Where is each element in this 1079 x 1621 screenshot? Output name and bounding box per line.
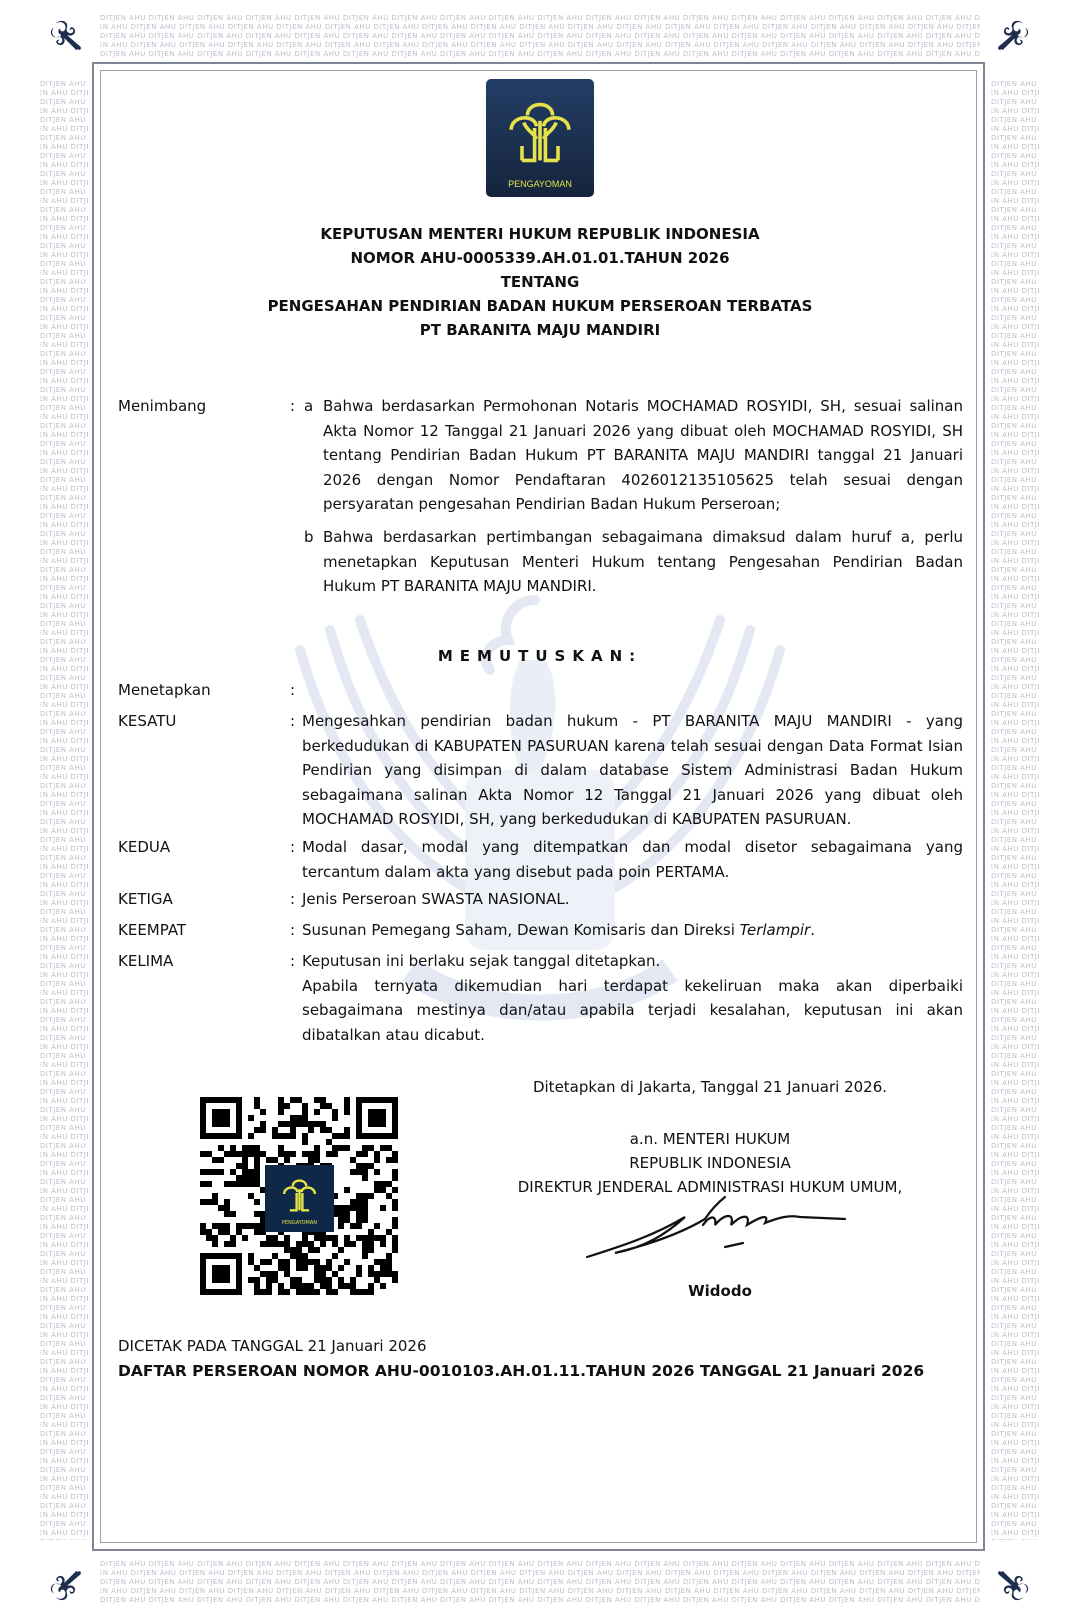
qr-center-logo: PENGAYOMAN (265, 1165, 334, 1232)
signature-title: a.n. MENTERI HUKUM REPUBLIK INDONESIA DI… (500, 1127, 920, 1199)
ornament-corner-icon (48, 1565, 86, 1603)
guilloche-border-bottom: DITJEN AHU DITJEN AHU DITJEN AHU DITJEN … (100, 1560, 980, 1604)
signature-place-date: Ditetapkan di Jakarta, Tanggal 21 Januar… (500, 1078, 920, 1096)
decision-kedua: KEDUA : Modal dasar, modal yang ditempat… (118, 835, 963, 885)
pengayoman-tree-icon (486, 83, 594, 173)
decision-text: Modal dasar, modal yang ditempatkan dan … (302, 835, 963, 884)
guilloche-border-right: DITJEN AHU DITJEN AHU DITJEN AHU DITJEN … (991, 80, 1039, 1540)
title-line: TENTANG (110, 270, 970, 294)
guilloche-border-top: DITJEN AHU DITJEN AHU DITJEN AHU DITJEN … (100, 14, 980, 58)
decision-kesatu: KESATU : Mengesahkan pendirian badan huk… (118, 709, 963, 834)
pengayoman-tree-icon (271, 1169, 328, 1217)
colon: : (290, 678, 295, 703)
decree-number: NOMOR AHU-0005339.AH.01.01.TAHUN 2026 (110, 246, 970, 270)
company-name: PT BARANITA MAJU MANDIRI (110, 318, 970, 342)
company-register-number: DAFTAR PERSEROAN NOMOR AHU-0010103.AH.01… (118, 1362, 924, 1380)
memutuskan-heading: MEMUTUSKAN: (110, 647, 970, 665)
pengayoman-logo: PENGAYOMAN (486, 79, 594, 197)
section-label: Menimbang (118, 394, 206, 419)
ornament-corner-icon (993, 1565, 1031, 1603)
title-line: PENGESAHAN PENDIRIAN BADAN HUKUM PERSERO… (110, 294, 970, 318)
item-letter: b (304, 525, 314, 550)
decision-text: Susunan Pemegang Saham, Dewan Komisaris … (302, 918, 963, 943)
title-line: KEPUTUSAN MENTERI HUKUM REPUBLIK INDONES… (110, 222, 970, 246)
decision-label: KESATU (118, 709, 176, 734)
ornament-corner-icon (993, 18, 1031, 56)
colon: : (290, 887, 295, 912)
colon: : (290, 949, 295, 974)
item-text: Bahwa berdasarkan pertimbangan sebagaima… (323, 525, 963, 599)
colon: : (290, 835, 295, 860)
signature-icon (585, 1195, 850, 1265)
decision-text: Keputusan ini berlaku sejak tanggal dite… (302, 949, 963, 1047)
ornament-corner-icon (48, 18, 86, 56)
signatory-name: Widodo (620, 1282, 820, 1300)
decision-label: KETIGA (118, 887, 173, 912)
colon: : (290, 709, 295, 734)
decision-text: Mengesahkan pendirian badan hukum - PT B… (302, 709, 963, 832)
item-letter: a (304, 394, 313, 419)
logo-label: PENGAYOMAN (486, 179, 594, 189)
decision-kelima: KELIMA : Keputusan ini berlaku sejak tan… (118, 949, 963, 1049)
colon: : (290, 918, 295, 943)
decision-label: KEDUA (118, 835, 170, 860)
guilloche-border-left: DITJEN AHU DITJEN AHU DITJEN AHU DITJEN … (40, 80, 88, 1540)
decision-label: KELIMA (118, 949, 173, 974)
menimbang-a: Menimbang : a Bahwa berdasarkan Permohon… (118, 394, 963, 522)
colon: : (290, 394, 295, 419)
section-label: Menetapkan (118, 678, 211, 703)
decision-label: KEEMPAT (118, 918, 186, 943)
decision-text: Jenis Perseroan SWASTA NASIONAL. (302, 887, 963, 912)
printed-date: DICETAK PADA TANGGAL 21 Januari 2026 (118, 1337, 427, 1355)
item-text: Bahwa berdasarkan Permohonan Notaris MOC… (323, 394, 963, 517)
menimbang-b: b Bahwa berdasarkan pertimbangan sebagai… (118, 525, 963, 601)
document-title: KEPUTUSAN MENTERI HUKUM REPUBLIK INDONES… (110, 222, 970, 342)
